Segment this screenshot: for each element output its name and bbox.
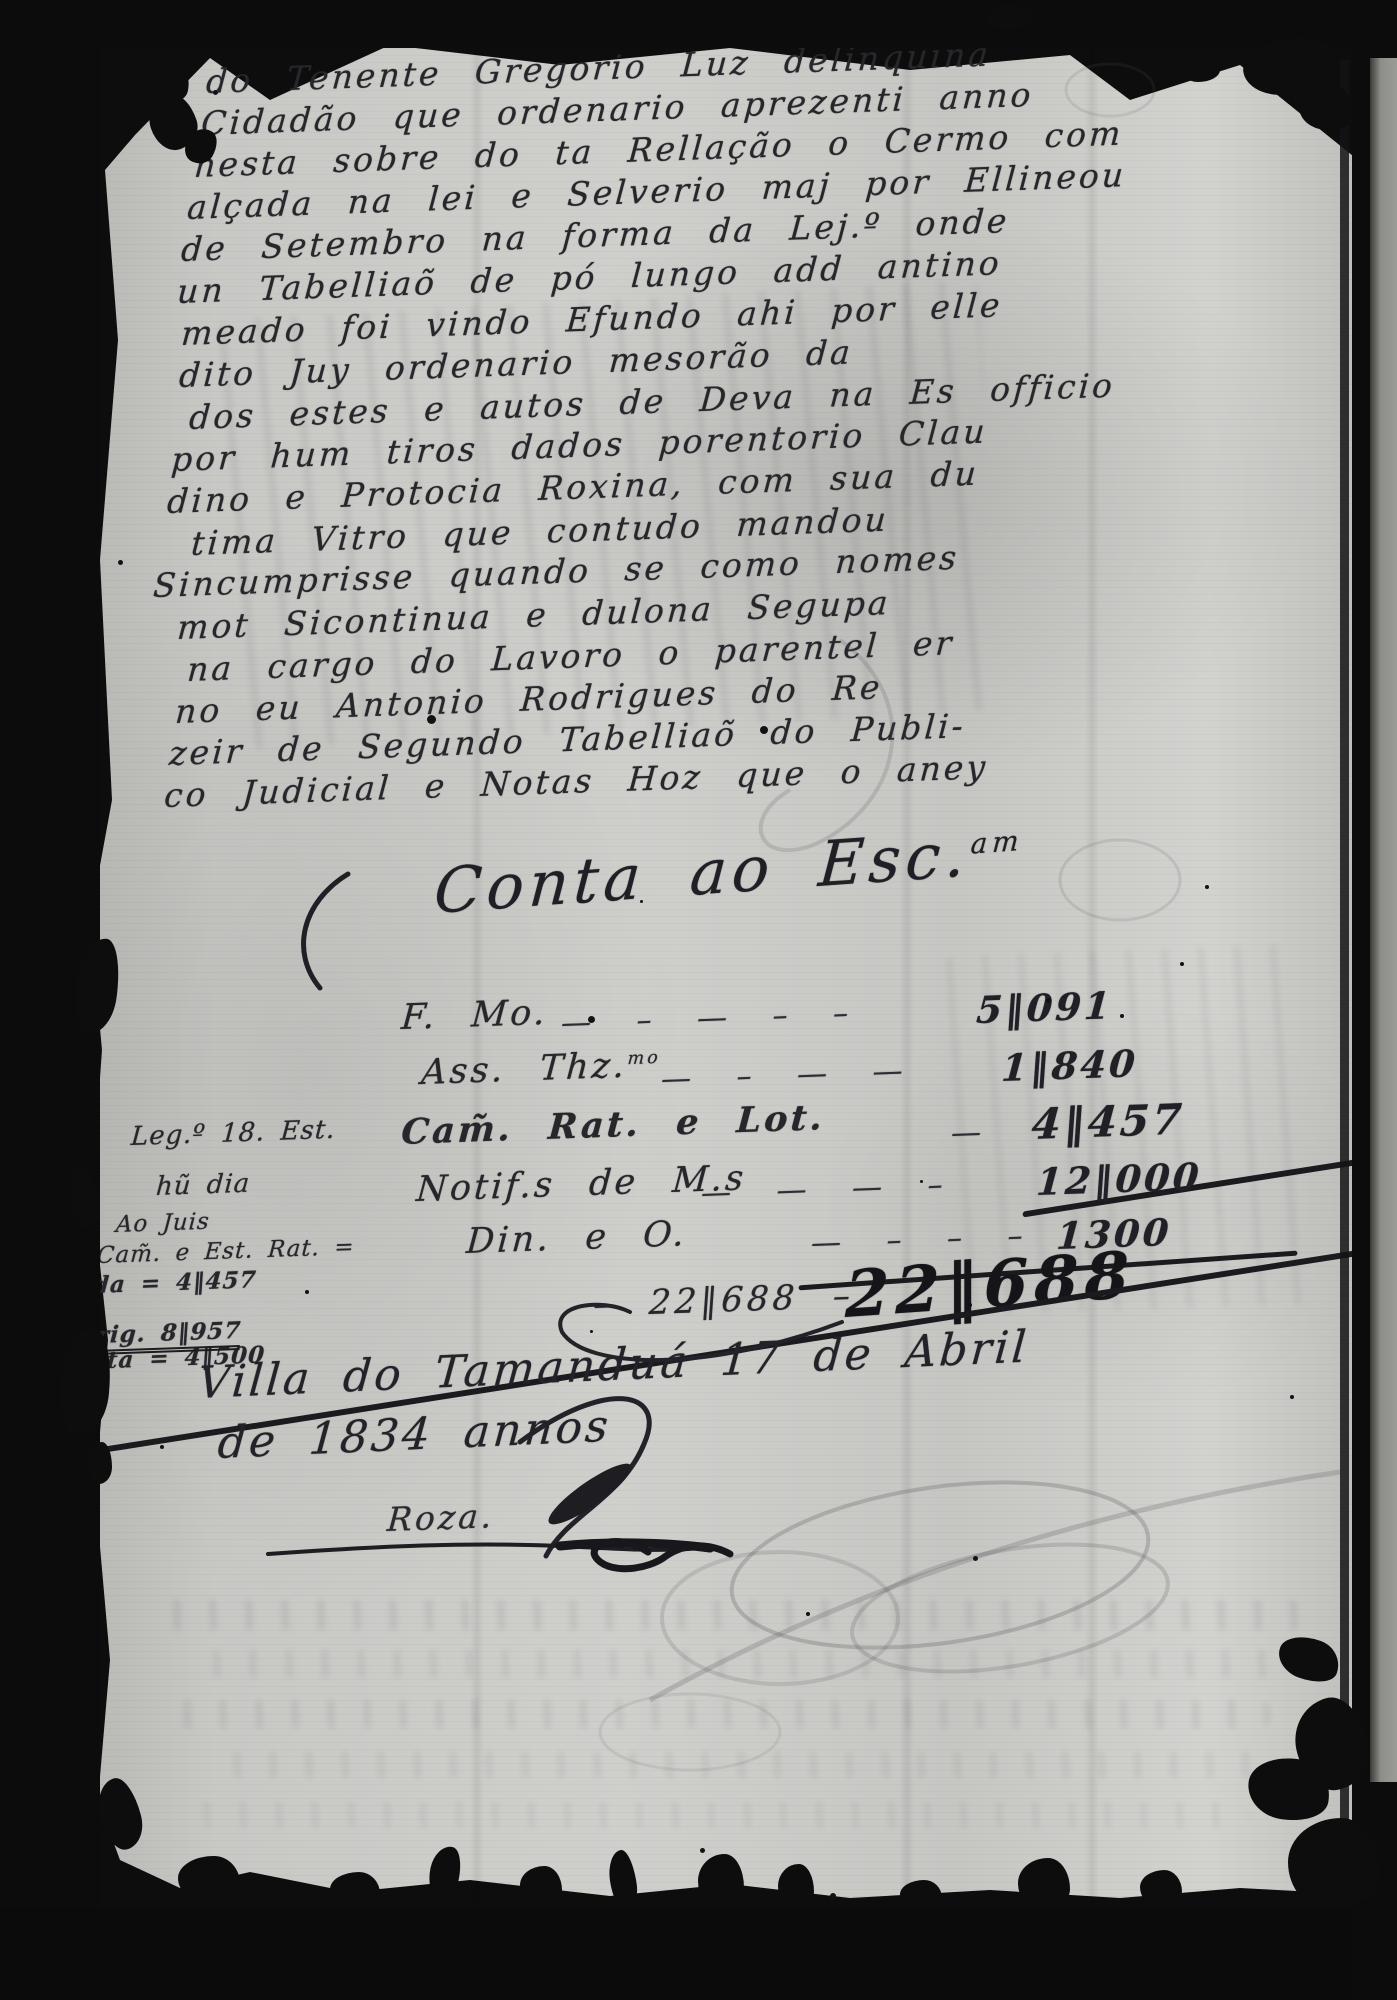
ink-speck [700,1848,705,1853]
account-row-label: F. Mo. [400,993,549,1038]
margin-note: Ao Juis [115,1209,211,1238]
ink-speck [427,715,436,724]
ink-speck [305,1290,309,1294]
ink-speck [213,90,218,95]
margin-note-total-text: rig. 8‖957 [96,1317,243,1355]
next-page-edge [1370,58,1397,1782]
ink-speck [1120,1014,1124,1018]
torn-edge-blob [178,1856,240,1902]
ink-speck [160,1445,164,1449]
torn-edge-blob [1180,52,1220,82]
torn-edge-blob [778,1864,814,1910]
ink-speck [1290,1395,1294,1399]
torn-edge-blob [986,4,1032,30]
torn-edge-blob [88,1442,112,1484]
scanned-document: do Tenente Gregorio Luz delinquina Cidad… [0,0,1397,2000]
account-row-dashes: — [950,1115,990,1151]
ink-speck [968,1303,972,1307]
account-heading-superscript: am [970,824,1025,861]
ink-speck [1046,998,1051,1003]
ink-speck [118,560,123,565]
account-row-label: Ass. Thz.mo [420,1045,662,1093]
signature: Roza. [386,1496,496,1539]
ink-speck [973,1556,978,1561]
torn-edge-blob [698,1854,744,1910]
ink-speck [1180,962,1184,966]
ink-speck [588,1016,595,1023]
torn-edge-blob [1288,1818,1380,1910]
ink-speck [590,1330,593,1333]
torn-edge-blob [900,1880,942,1910]
scanner-edge-right [1352,0,1397,2000]
account-row-label-superscript: mo [627,1048,662,1069]
ink-speck [830,1893,836,1899]
scanner-edge-top [0,0,1397,48]
account-row-value: 1‖840 [1000,1041,1139,1090]
account-row-label: Din. e O. [465,1214,688,1262]
ink-speck [1205,885,1209,889]
account-row-value: 5‖091 [975,983,1114,1032]
torn-edge-blob [1140,1870,1182,1906]
account-row-label-text: Ass. Thz. [420,1046,629,1093]
margin-note-total: rig. 8‖957 [96,1317,242,1349]
torn-edge-blob [520,1866,562,1906]
torn-edge-blob [330,1872,380,1908]
account-row-value: 12‖000 [1035,1154,1203,1204]
ink-speck [760,726,768,734]
scanner-edge-bottom [0,1908,1397,2000]
margin-note: hũ dia [155,1169,251,1202]
ink-speck [806,1612,810,1616]
ink-speck [640,900,643,903]
ink-speck [920,1180,923,1183]
margin-note: da = 4‖457 [92,1266,258,1299]
torn-edge-blob [1018,1858,1070,1910]
